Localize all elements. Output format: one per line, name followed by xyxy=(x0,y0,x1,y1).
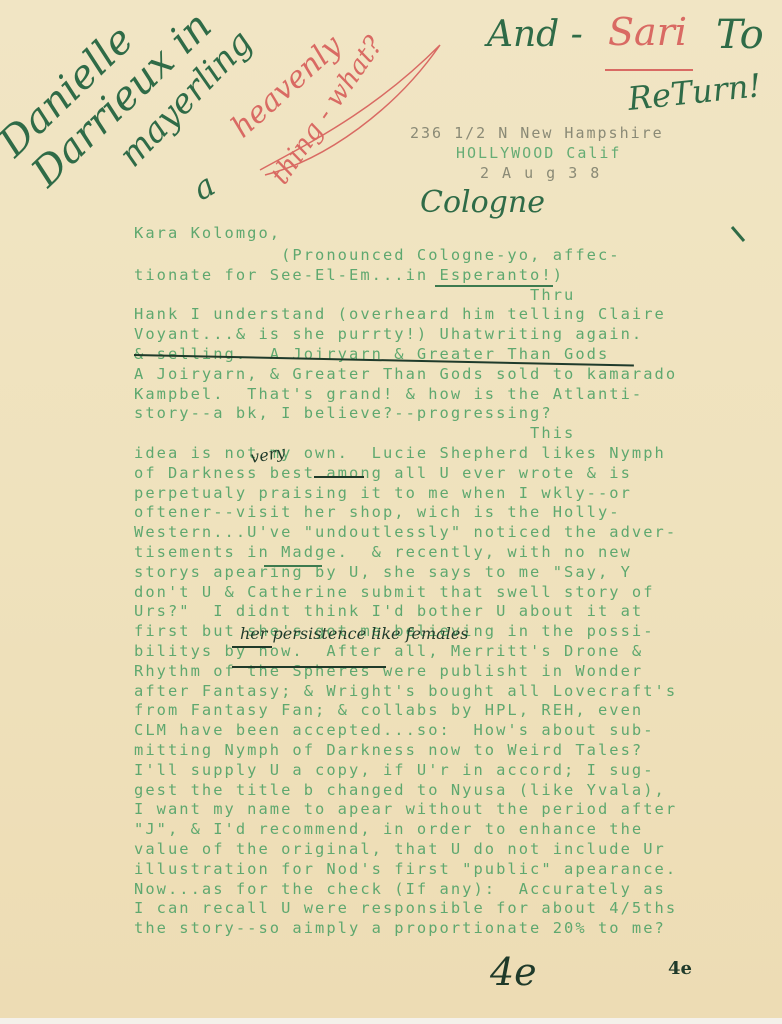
sari-underline xyxy=(605,69,693,71)
body-line: Western...U've "undoutlessly" noticed th… xyxy=(134,523,677,543)
strikethrough xyxy=(232,646,272,648)
annotation-cologne: Cologne xyxy=(420,185,545,220)
body-line: of Darkness best among all U ever wrote … xyxy=(134,464,677,484)
body-line: "J", & I'd recommend, in order to enhanc… xyxy=(134,820,677,840)
body-line: oftener--visit her shop, wich is the Hol… xyxy=(134,503,677,523)
body-line: tionate for See-El-Em...in Esperanto!) xyxy=(134,266,677,286)
body-line: perpetualy praising it to me when I wkly… xyxy=(134,484,677,504)
page-number: 4e xyxy=(490,950,537,994)
body-line: mitting Nymph of Darkness now to Weird T… xyxy=(134,741,677,761)
salutation: Kara Kolomgo, xyxy=(134,224,281,244)
body-line: Thru xyxy=(134,286,677,306)
page-number-small: 4e xyxy=(668,958,692,979)
underline-esperanto xyxy=(435,285,553,287)
strikethrough xyxy=(232,666,386,668)
body-line: Urs?" I didnt think I'd bother U about i… xyxy=(134,602,677,622)
body-line: tisements in Madge. & recently, with no … xyxy=(134,543,677,563)
body-line: Hank I understand (overheard him telling… xyxy=(134,305,677,325)
body-line: Rhythm of the Spheres were publisht in W… xyxy=(134,662,677,682)
body-line: gest the title b changed to Nyusa (like … xyxy=(134,781,677,801)
body-line: This xyxy=(134,424,677,444)
body-line: Voyant...& is she purrty!) Uhatwriting a… xyxy=(134,325,677,345)
insertion-persistence: her persistence like females xyxy=(240,624,469,643)
margin-mark xyxy=(730,225,750,245)
annotation-to: To xyxy=(716,12,764,58)
address-line-2: HOLLYWOOD Calif xyxy=(456,144,621,162)
annotation-sari: Sari xyxy=(608,10,687,54)
body-line: idea is not my own. Lucie Shepherd likes… xyxy=(134,444,677,464)
body-line: I'll supply U a copy, if U'r in accord; … xyxy=(134,761,677,781)
body-line: the story--so aimply a proportionate 20%… xyxy=(134,919,677,939)
body-line: value of the original, that U do not inc… xyxy=(134,840,677,860)
body-line: story--a bk, I believe?--progressing? xyxy=(134,404,677,424)
page-edge xyxy=(0,1018,782,1024)
strikethrough xyxy=(314,476,364,478)
letter-body: (Pronounced Cologne-yo, affec- tionate f… xyxy=(134,246,677,939)
body-line: Kampbel. That's grand! & how is the Atla… xyxy=(134,385,677,405)
body-line: I can recall U were responsible for abou… xyxy=(134,899,677,919)
body-line: I want my name to apear without the peri… xyxy=(134,800,677,820)
body-line: after Fantasy; & Wright's bought all Lov… xyxy=(134,682,677,702)
address-line-1: 236 1/2 N New Hampshire xyxy=(410,124,664,142)
date: 2 A u g 3 8 xyxy=(480,164,601,182)
red-flourish xyxy=(255,40,455,180)
body-line: storys apearing by U, she says to me "Sa… xyxy=(134,563,677,583)
body-line: Now...as for the check (If any): Accurat… xyxy=(134,880,677,900)
annotation-and: And - xyxy=(487,14,583,55)
body-line: illustration for Nod's first "public" ap… xyxy=(134,860,677,880)
body-line: bilitys by now. After all, Merritt's Dro… xyxy=(134,642,677,662)
body-line: (Pronounced Cologne-yo, affec- xyxy=(134,246,677,266)
body-line: A Joiryarn, & Greater Than Gods sold to … xyxy=(134,365,677,385)
body-line: from Fantasy Fan; & collabs by HPL, REH,… xyxy=(134,701,677,721)
body-line: CLM have been accepted...so: How's about… xyxy=(134,721,677,741)
body-line: don't U & Catherine submit that swell st… xyxy=(134,583,677,603)
underline-madge xyxy=(264,565,322,567)
